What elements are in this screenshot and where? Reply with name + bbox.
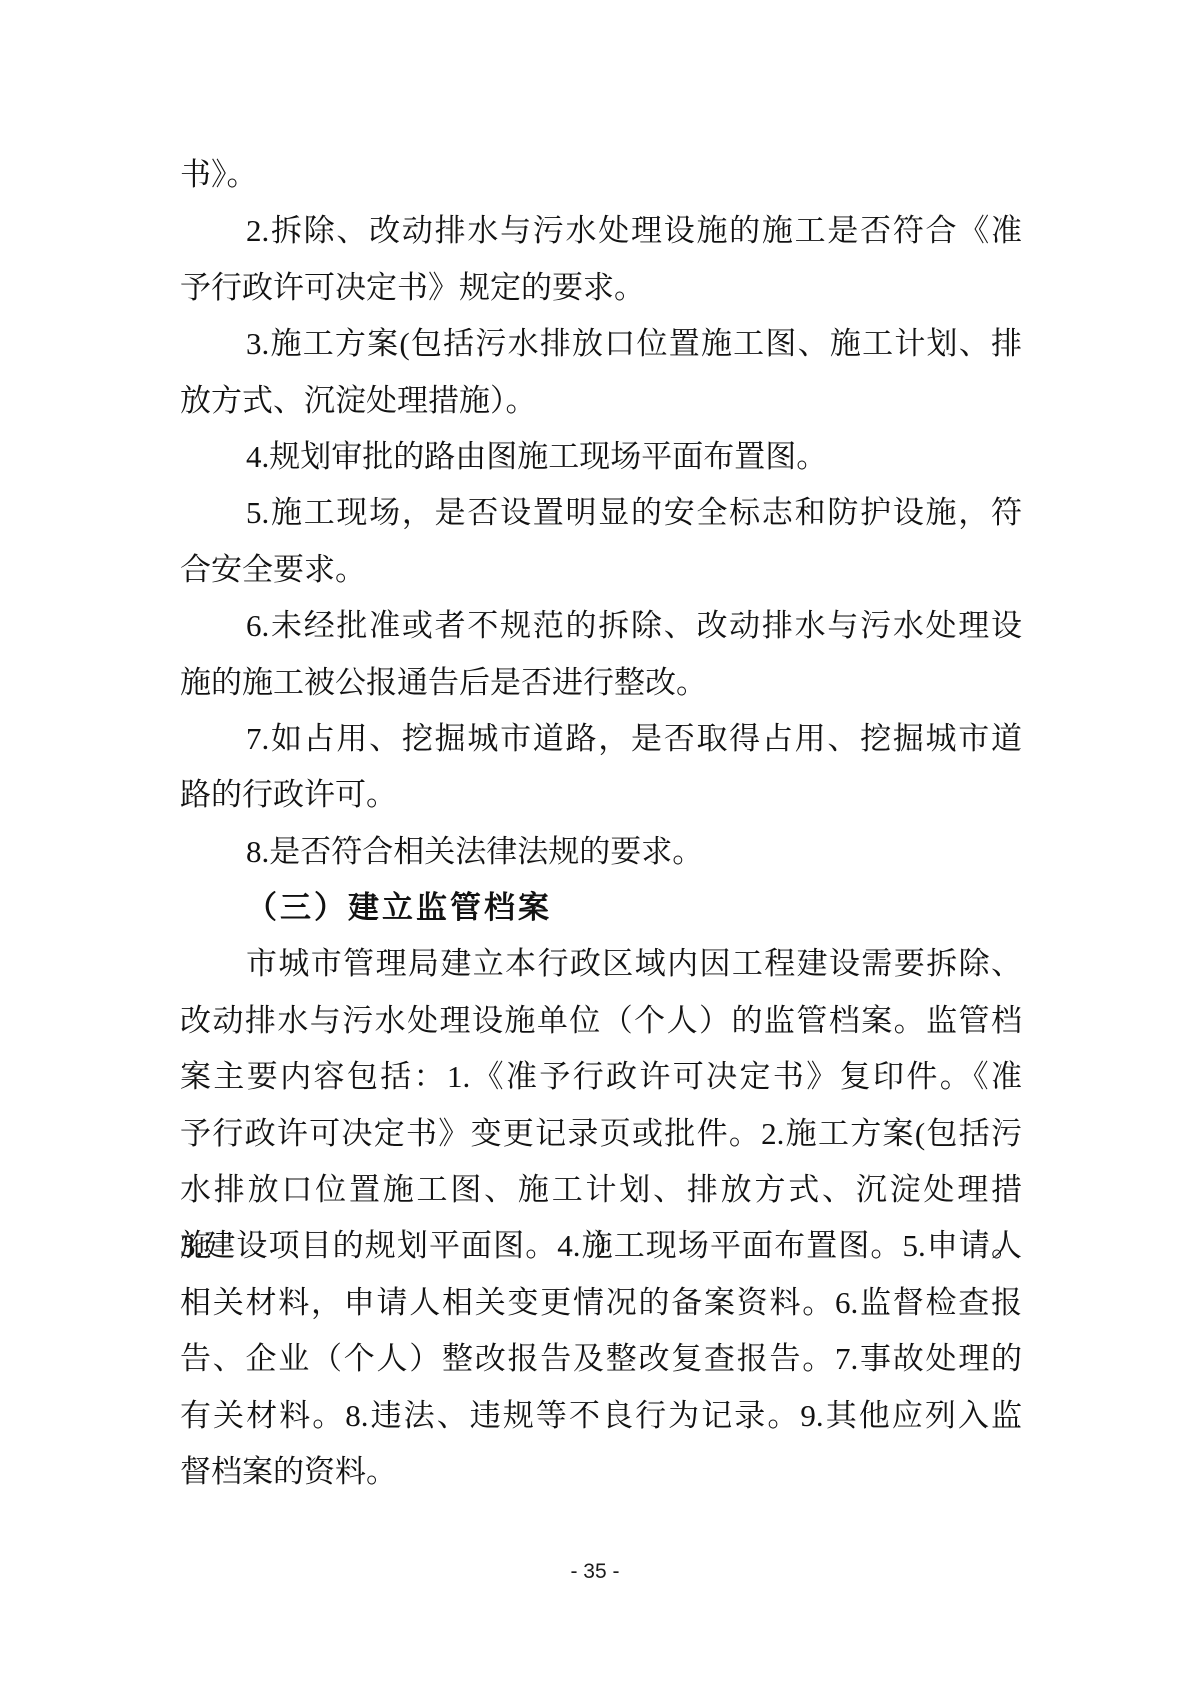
text-line: 告、企业（个人）整改报告及整改复查报告。7.事故处理的	[180, 1331, 1022, 1387]
text-line: 8.是否符合相关法律法规的要求。	[180, 824, 1022, 880]
text-line: 市城市管理局建立本行政区域内因工程建设需要拆除、	[180, 936, 1022, 992]
text-line: 改动排水与污水处理设施单位（个人）的监管档案。监管档	[180, 993, 1022, 1049]
text-line: 3.施工方案(包括污水排放口位置施工图、施工计划、排	[180, 316, 1022, 372]
text-line: 施的施工被公报通告后是否进行整改。	[180, 655, 1022, 711]
section-heading: （三）建立监管档案	[180, 880, 1022, 936]
document-body: 书》。 2.拆除、改动排水与污水处理设施的施工是否符合《准 予行政许可决定书》规…	[180, 147, 1022, 1500]
text-line: 水排放口位置施工图、施工计划、排放方式、沉淀处理措施）。	[180, 1162, 1022, 1218]
text-line: 路的行政许可。	[180, 767, 1022, 823]
text-line: 予行政许可决定书》变更记录页或批件。2.施工方案(包括污	[180, 1106, 1022, 1162]
text-line: 2.拆除、改动排水与污水处理设施的施工是否符合《准	[180, 203, 1022, 259]
text-line: 3.建设项目的规划平面图。4.施工现场平面布置图。5.申请人	[180, 1218, 1022, 1274]
text-line: 7.如占用、挖掘城市道路，是否取得占用、挖掘城市道	[180, 711, 1022, 767]
text-line: 督档案的资料。	[180, 1444, 1022, 1500]
text-line: 4.规划审批的路由图施工现场平面布置图。	[180, 429, 1022, 485]
text-line: 放方式、沉淀处理措施）。	[180, 373, 1022, 429]
text-line: 予行政许可决定书》规定的要求。	[180, 260, 1022, 316]
document-page: 书》。 2.拆除、改动排水与污水处理设施的施工是否符合《准 予行政许可决定书》规…	[0, 0, 1190, 1683]
text-line: 相关材料，申请人相关变更情况的备案资料。6.监督检查报	[180, 1275, 1022, 1331]
text-line: 6.未经批准或者不规范的拆除、改动排水与污水处理设	[180, 598, 1022, 654]
text-line: 案主要内容包括：1.《准予行政许可决定书》复印件。《准	[180, 1049, 1022, 1105]
page-number: - 35 -	[0, 1560, 1190, 1584]
text-line: 有关材料。8.违法、违规等不良行为记录。9.其他应列入监	[180, 1388, 1022, 1444]
text-line: 合安全要求。	[180, 542, 1022, 598]
text-line: 书》。	[180, 147, 1022, 203]
text-line: 5.施工现场，是否设置明显的安全标志和防护设施，符	[180, 485, 1022, 541]
